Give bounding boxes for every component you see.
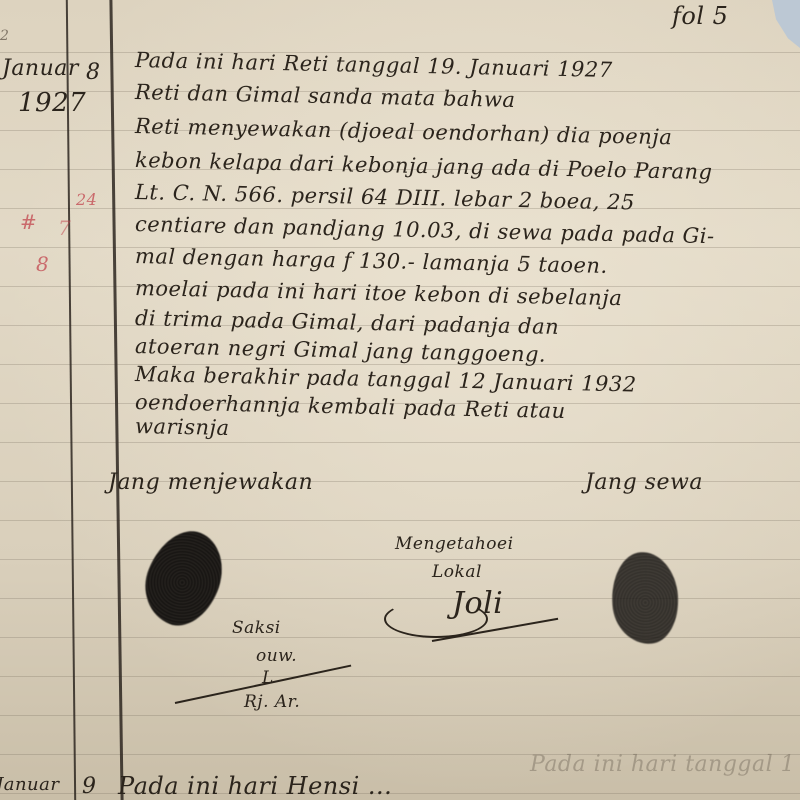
- red-note-4: 8: [36, 252, 49, 276]
- annotation-line-1: Saksi: [232, 618, 281, 638]
- witness-line-2: Lokal: [432, 562, 482, 582]
- margin-top-number: 2: [0, 28, 9, 44]
- margin-day: 8: [86, 60, 101, 85]
- margin-day-2: 9: [82, 774, 97, 799]
- lessee-signature-label: Jang sewa: [585, 470, 703, 495]
- red-note-2: #: [20, 210, 37, 234]
- annotation-line-2: ouw.: [256, 646, 297, 666]
- bleedthrough-text: Pada ini hari tanggal 1: [530, 752, 795, 777]
- red-note-3: 7: [58, 216, 71, 240]
- margin-month: Januar: [2, 56, 79, 81]
- margin-month-2: Januar: [0, 774, 59, 795]
- margin-year: 1927: [18, 88, 86, 118]
- red-note-1: 24: [76, 190, 97, 209]
- entry-2-line-1: Pada ini hari Hensi ...: [118, 772, 392, 800]
- lessor-signature-label: Jang menjewakan: [108, 470, 313, 495]
- annotation-line-4: Rj. Ar.: [244, 692, 300, 712]
- witness-line-1: Mengetahoei: [395, 534, 514, 554]
- folio-number: fol 5: [672, 2, 728, 30]
- ledger-page: fol 5 2 Januar 1927 8 24 # 7 8 Pada ini …: [0, 0, 800, 800]
- entry-line-13: warisnja: [135, 414, 230, 440]
